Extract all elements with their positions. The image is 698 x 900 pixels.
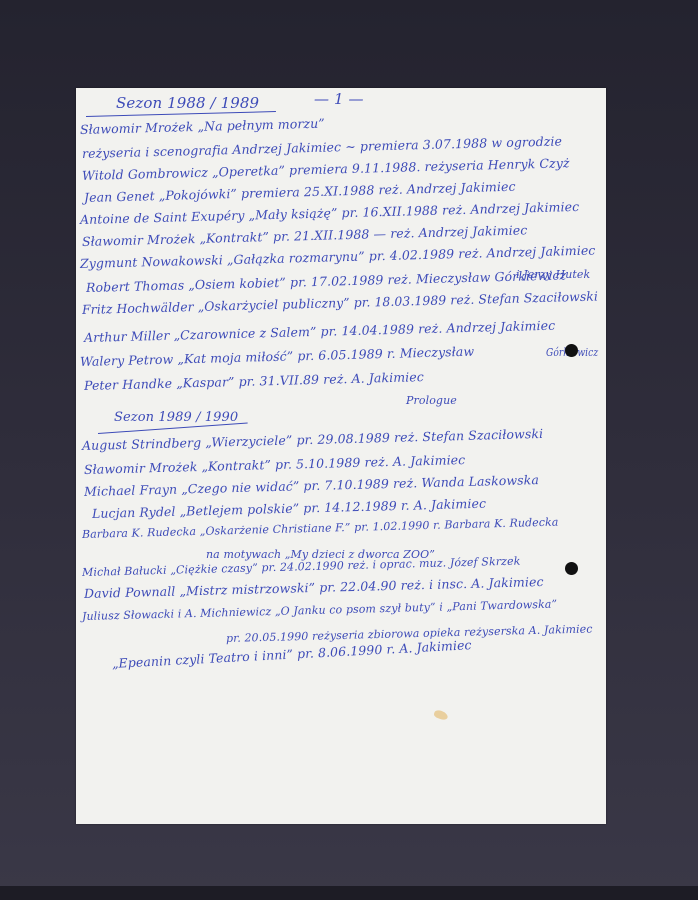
entry: Sławomir Mrożek „Kontrakt” pr. 5.10.1989… [84, 452, 466, 477]
entry: Jean Genet „Pokojówki” premiera 25.XI.19… [84, 179, 516, 205]
punch-hole-1 [565, 344, 578, 357]
punch-hole-2 [565, 562, 578, 575]
entry: Juliusz Słowacki i A. Michniewicz „O Jan… [82, 598, 558, 623]
entry: Peter Handke „Kaspar” pr. 31.VII.89 reż.… [84, 369, 424, 393]
entry: Arthur Miller „Czarownice z Salem” pr. 1… [84, 318, 556, 345]
handwritten-page: Sezon 1988 / 1989 — 1 — Sławomir Mrożek … [76, 88, 606, 824]
season-heading-1: Sezon 1988 / 1989 [116, 94, 259, 112]
entry: Sławomir Mrożek „Kontrakt” pr. 21.XII.19… [82, 222, 528, 249]
scanner-edge [0, 886, 698, 900]
entry: Prologue [406, 394, 457, 407]
page-number: — 1 — [314, 90, 364, 108]
entry: Walery Petrow „Kat moja miłość” pr. 6.05… [80, 344, 475, 369]
entry: Sławomir Mrożek „Na pełnym morzu” [80, 116, 325, 137]
entry: Michael Frayn „Czego nie widać” pr. 7.10… [84, 472, 539, 499]
entry: David Pownall „Mistrz mistrzowski” pr. 2… [84, 574, 544, 601]
entry: Lucjan Rydel „Betlejem polskie” pr. 14.1… [92, 496, 486, 521]
season-heading-2: Sezon 1989 / 1990 [114, 410, 238, 425]
ink-stain [433, 709, 449, 721]
